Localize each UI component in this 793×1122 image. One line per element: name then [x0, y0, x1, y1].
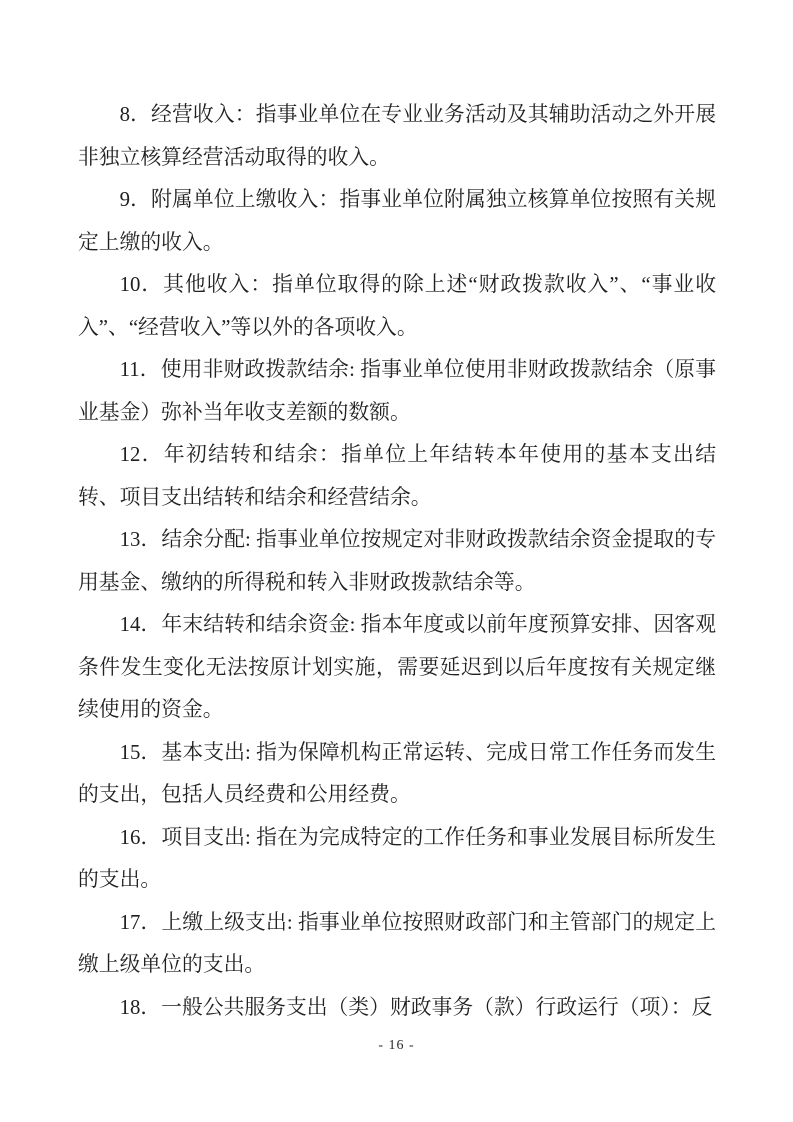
paragraph-item-13: 13．结余分配: 指事业单位按规定对非财政拨款结余资金提取的专用基金、缴纳的所得… — [78, 519, 716, 604]
paragraph-item-16: 16．项目支出: 指在为完成特定的工作任务和事业发展目标所发生的支出。 — [78, 817, 716, 902]
paragraph-item-10: 10．其他收入：指单位取得的除上述“财政拨款收入”、“事业收入”、“经营收入”等… — [78, 264, 716, 349]
document-body: 8．经营收入：指事业单位在专业业务活动及其辅助活动之外开展非独立核算经营活动取得… — [78, 94, 716, 1029]
paragraph-item-8: 8．经营收入：指事业单位在专业业务活动及其辅助活动之外开展非独立核算经营活动取得… — [78, 94, 716, 179]
paragraph-item-15: 15．基本支出: 指为保障机构正常运转、完成日常工作任务而发生的支出，包括人员经… — [78, 732, 716, 817]
paragraph-item-14: 14．年末结转和结余资金: 指本年度或以前年度预算安排、因客观条件发生变化无法按… — [78, 604, 716, 732]
document-page: 8．经营收入：指事业单位在专业业务活动及其辅助活动之外开展非独立核算经营活动取得… — [0, 0, 793, 1122]
paragraph-item-12: 12．年初结转和结余：指单位上年结转本年使用的基本支出结转、项目支出结转和结余和… — [78, 434, 716, 519]
paragraph-item-9: 9．附属单位上缴收入：指事业单位附属独立核算单位按照有关规定上缴的收入。 — [78, 179, 716, 264]
page-number: - 16 - — [0, 1036, 793, 1056]
paragraph-item-11: 11．使用非财政拨款结余: 指事业单位使用非财政拨款结余（原事业基金）弥补当年收… — [78, 349, 716, 434]
paragraph-item-17: 17．上缴上级支出: 指事业单位按照财政部门和主管部门的规定上缴上级单位的支出。 — [78, 902, 716, 987]
paragraph-item-18: 18．一般公共服务支出（类）财政事务（款）行政运行（项）：反 — [78, 987, 716, 1030]
